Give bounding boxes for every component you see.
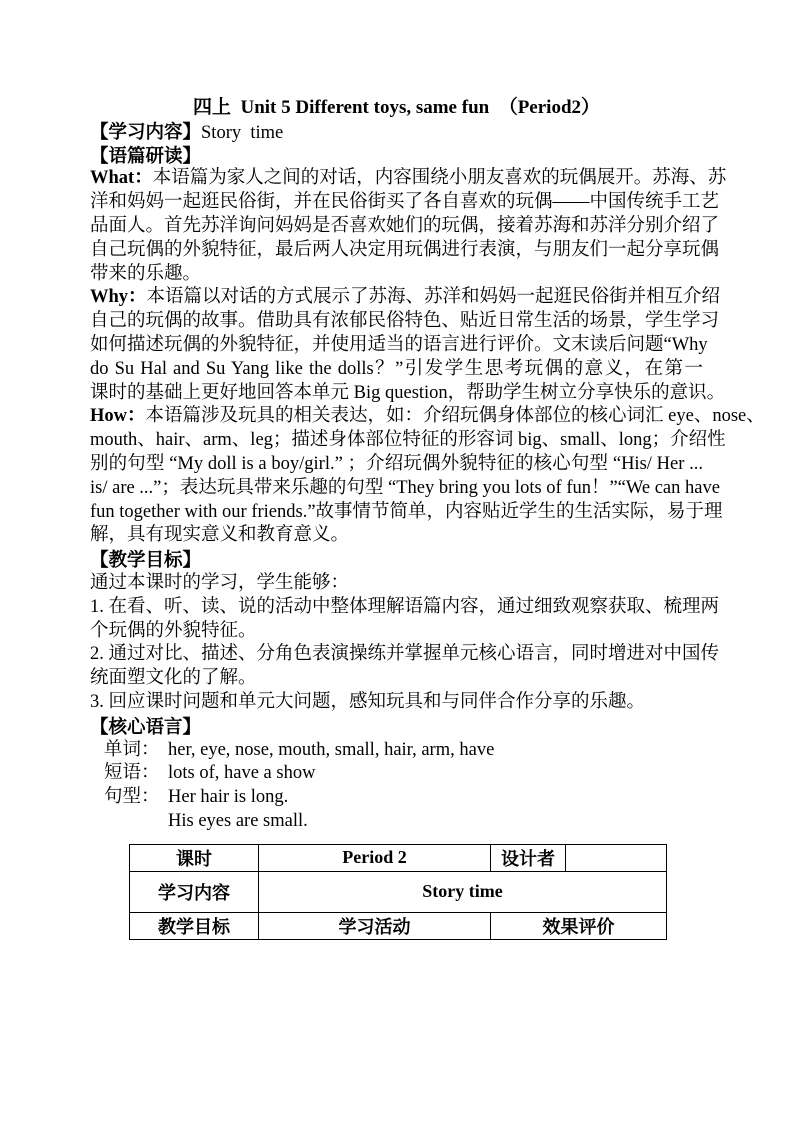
core-phrases-row: 短语：lots of, have a show: [104, 762, 703, 786]
core-phrases-value: lots of, have a show: [168, 762, 315, 786]
core-words-label: 单词：: [104, 739, 168, 763]
how-line-4: is/ are ...”；表达玩具带来乐趣的句型 “They bring you…: [90, 477, 703, 501]
lesson-info-table: 课时 Period 2 设计者 学习内容 Story time 教学目标 学习活…: [129, 844, 667, 940]
why-line-3: 如何描述玩偶的外貌特征，并使用适当的语言进行评价。文末读后问题“Why: [90, 334, 703, 358]
how-prefix: How：: [90, 406, 146, 426]
what-line-2: 洋和妈妈一起逛民俗街，并在民俗街买了各自喜欢的玩偶——中国传统手工艺: [90, 191, 703, 215]
what-line-4: 自己玩偶的外貌特征，最后两人决定用玩偶进行表演，与朋友们一起分享玩偶: [90, 239, 703, 263]
how-text: 本语篇涉及玩具的相关表达，如：介绍玩偶身体部位的核心词汇 eye、nose、: [146, 406, 765, 426]
core-words-row: 单词：her, eye, nose, mouth, small, hair, a…: [104, 739, 703, 763]
table-cell-designer-value: [566, 844, 667, 871]
core-patterns-row-1: 句型：Her hair is long.: [104, 786, 703, 810]
how-line-3: 别的句型 “My doll is a boy/girl.” ；介绍玩偶外貌特征的…: [90, 453, 703, 477]
table-cell-period-value: Period 2: [259, 844, 491, 871]
table-cell-content-label: 学习内容: [130, 871, 259, 912]
core-patterns-row-2: His eyes are small.: [104, 810, 703, 834]
study-content-label: 【学习内容】: [90, 121, 201, 142]
goal-item-1-line-1: 1. 在看、听、读、说的活动中整体理解语篇内容，通过细致观察获取、梳理两: [90, 596, 703, 620]
study-content-line: 【学习内容】Story time: [90, 120, 703, 144]
document-page: 四上 Unit 5 Different toys, same fun （Peri…: [0, 0, 793, 1122]
why-line-1: Why：本语篇以对话的方式展示了苏海、苏洋和妈妈一起逛民俗街并相互介绍: [90, 286, 703, 310]
core-language-heading: 【核心语言】: [90, 715, 703, 739]
core-patterns-spacer: [104, 810, 168, 834]
study-content-value: Story time: [201, 123, 283, 143]
why-text: 本语篇以对话的方式展示了苏海、苏洋和妈妈一起逛民俗街并相互介绍: [147, 287, 721, 307]
document-content: 四上 Unit 5 Different toys, same fun （Peri…: [90, 96, 703, 940]
core-phrases-label: 短语：: [104, 762, 168, 786]
goal-item-3: 3. 回应课时问题和单元大问题，感知玩具和与同伴合作分享的乐趣。: [90, 691, 703, 715]
what-line-1: What：本语篇为家人之间的对话，内容围绕小朋友喜欢的玩偶展开。苏海、苏: [90, 167, 703, 191]
what-line-5: 带来的乐趣。: [90, 263, 703, 287]
table-cell-designer-label: 设计者: [491, 844, 566, 871]
what-text: 本语篇为家人之间的对话，内容围绕小朋友喜欢的玩偶展开。苏海、苏: [153, 168, 727, 188]
why-line-4: do Su Hal and Su Yang like the dolls？”引发…: [90, 358, 703, 382]
goal-item-1-line-2: 个玩偶的外貌特征。: [90, 620, 703, 644]
teaching-goals-intro: 通过本课时的学习，学生能够：: [90, 572, 703, 596]
why-line-2: 自己的玩偶的故事。借助具有浓郁民俗特色、贴近日常生活的场景，学生学习: [90, 310, 703, 334]
core-patterns-line-1: Her hair is long.: [168, 786, 288, 810]
table-cell-content-value: Story time: [259, 871, 667, 912]
table-cell-activities-header: 学习活动: [259, 912, 491, 939]
why-line-5: 课时的基础上更好地回答本单元 Big question，帮助学生树立分享快乐的意…: [90, 382, 703, 406]
text-analysis-heading: 【语篇研读】: [90, 144, 703, 168]
core-words-value: her, eye, nose, mouth, small, hair, arm,…: [168, 739, 494, 763]
document-title: 四上 Unit 5 Different toys, same fun （Peri…: [90, 96, 703, 120]
what-line-3: 品面人。首先苏洋询问妈妈是否喜欢她们的玩偶，接着苏海和苏洋分别介绍了: [90, 215, 703, 239]
table-cell-evaluation-header: 效果评价: [491, 912, 667, 939]
goal-item-2-line-1: 2. 通过对比、描述、分角色表演操练并掌握单元核心语言，同时增进对中国传: [90, 643, 703, 667]
goal-item-2-line-2: 统面塑文化的了解。: [90, 667, 703, 691]
how-line-2: mouth、hair、arm、leg；描述身体部位特征的形容词 big、smal…: [90, 429, 703, 453]
what-prefix: What：: [90, 168, 153, 188]
why-prefix: Why：: [90, 287, 147, 307]
table-cell-period-label: 课时: [130, 844, 259, 871]
how-line-5: fun together with our friends.”故事情节简单，内容…: [90, 501, 703, 525]
how-line-1: How：本语篇涉及玩具的相关表达，如：介绍玩偶身体部位的核心词汇 eye、nos…: [90, 405, 703, 429]
core-patterns-label: 句型：: [104, 786, 168, 810]
how-line-6: 解，具有现实意义和教育意义。: [90, 524, 703, 548]
core-patterns-line-2: His eyes are small.: [168, 810, 308, 834]
teaching-goals-heading: 【教学目标】: [90, 548, 703, 572]
table-cell-goals-header: 教学目标: [130, 912, 259, 939]
